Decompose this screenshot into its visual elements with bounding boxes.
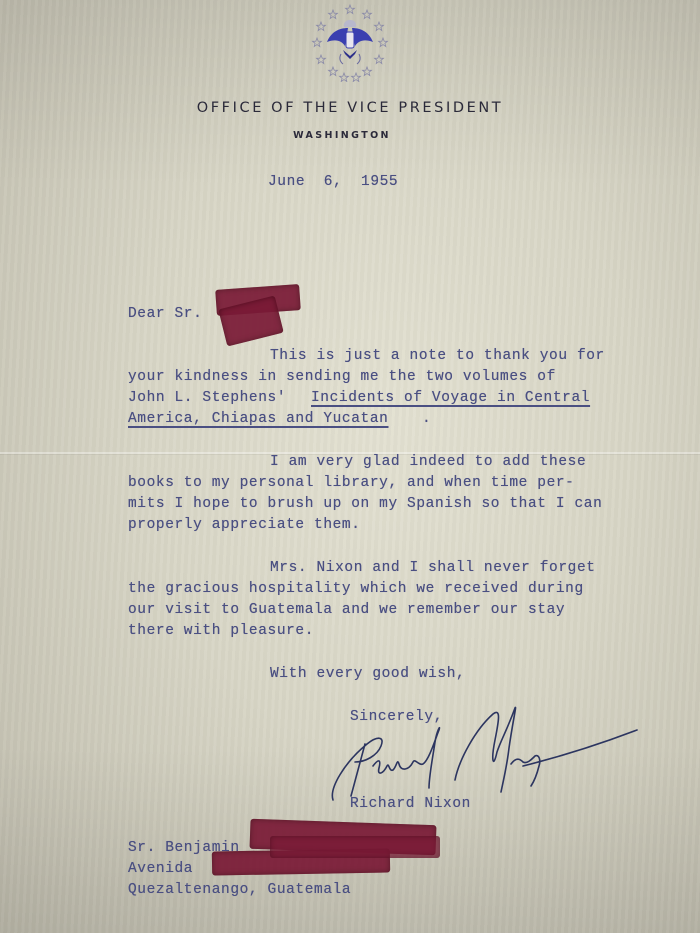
paragraph-3-line-3: our visit to Guatemala and we remember o…	[128, 602, 565, 618]
paragraph-1-line-3: John L. Stephens'	[128, 390, 286, 406]
paragraph-1-line-2: your kindness in sending me the two volu…	[128, 369, 556, 385]
paragraph-3-line-2: the gracious hospitality which we receiv…	[128, 581, 584, 597]
paragraph-3-line-4: there with pleasure.	[128, 623, 314, 639]
signer-name: Richard Nixon	[350, 796, 471, 812]
book-title-part-2: America, Chiapas and Yucatan	[128, 411, 388, 427]
paragraph-1-period: .	[422, 411, 431, 427]
paragraph-2-line-3: mits I hope to brush up on my Spanish so…	[128, 496, 602, 512]
paragraph-1-line-1: This is just a note to thank you for	[270, 348, 605, 364]
closing-wish: With every good wish,	[270, 666, 465, 682]
paragraph-3-line-1: Mrs. Nixon and I shall never forget	[270, 560, 596, 576]
letterhead-office: OFFICE OF THE VICE PRESIDENT	[0, 100, 700, 116]
letterhead-city: WASHINGTON	[0, 130, 692, 141]
paragraph-2-line-2: books to my personal library, and when t…	[128, 475, 574, 491]
recipient-line-3: Quezaltenango, Guatemala	[128, 882, 351, 898]
paragraph-2-line-4: properly appreciate them.	[128, 517, 361, 533]
handwritten-signature-icon	[325, 700, 645, 810]
letter-date: June 6, 1955	[268, 174, 398, 190]
book-title-part-1: Incidents of Voyage in Central	[311, 390, 590, 406]
salutation: Dear Sr.	[128, 306, 202, 322]
redaction-mark	[270, 836, 440, 858]
recipient-line-2: Avenida	[128, 861, 193, 877]
paragraph-2-line-1: I am very glad indeed to add these	[270, 454, 586, 470]
vice-presidential-seal-icon	[305, 2, 395, 82]
